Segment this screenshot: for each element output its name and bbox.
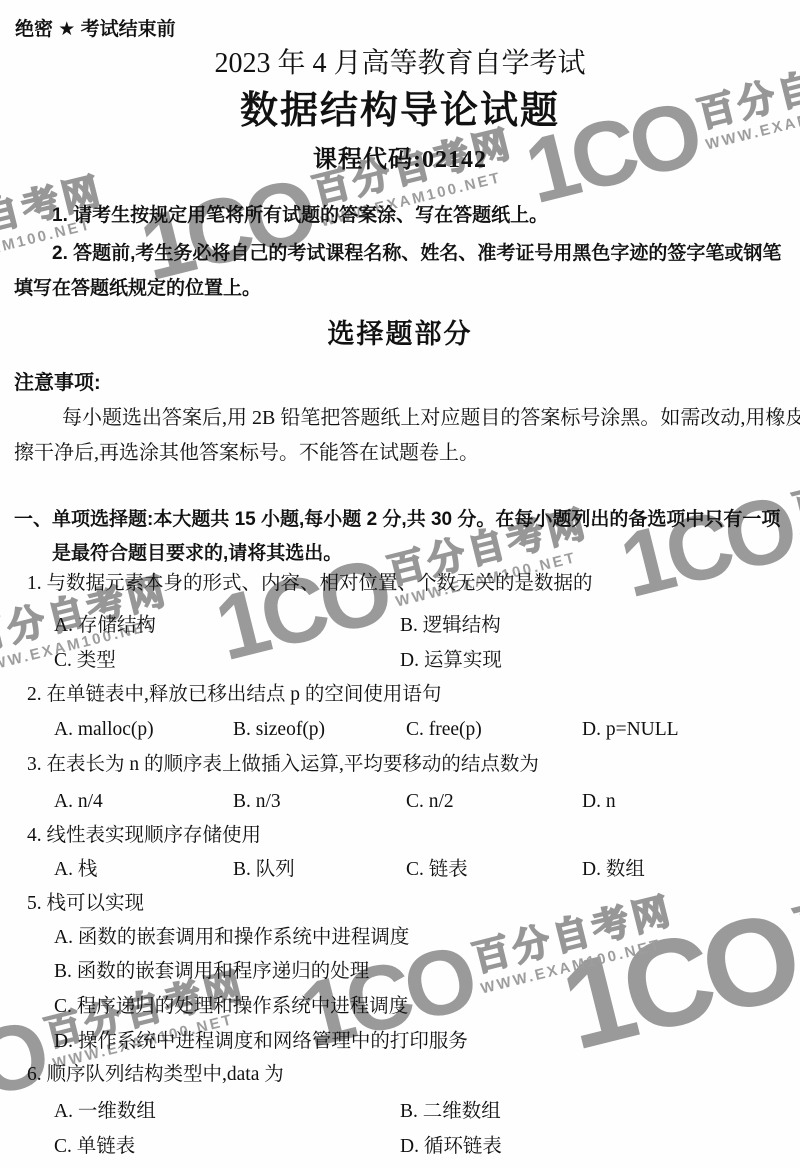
option-c: C. 类型 bbox=[54, 649, 400, 672]
notice-line-1: 每小题选出答案后,用 2B 铅笔把答题纸上对应题目的答案标号涂黑。如需改动,用橡… bbox=[0, 406, 800, 430]
option-d: D. 操作系统中进程调度和网络管理中的打印服务 bbox=[0, 1030, 800, 1053]
option-d: D. 循环链表 bbox=[400, 1135, 502, 1158]
question-4: 4. 线性表实现顺序存储使用 A. 栈 B. 队列 C. 链表 D. 数组 bbox=[0, 824, 800, 881]
options-row: A. 存储结构 B. 逻辑结构 bbox=[0, 614, 800, 637]
instruction-2: 2. 答题前,考生务必将自己的考试课程名称、姓名、准考证号用黑色字迹的签字笔或钢… bbox=[0, 242, 800, 266]
paper-title: 数据结构导论试题 bbox=[0, 93, 800, 129]
options-row: A. malloc(p) B. sizeof(p) C. free(p) D. … bbox=[0, 718, 800, 741]
question-5: 5. 栈可以实现 A. 函数的嵌套调用和操作系统中进程调度 B. 函数的嵌套调用… bbox=[0, 892, 800, 1053]
option-b: B. 逻辑结构 bbox=[400, 614, 501, 637]
option-a: A. malloc(p) bbox=[54, 718, 233, 741]
option-a: A. 函数的嵌套调用和操作系统中进程调度 bbox=[0, 926, 800, 949]
notice-title: 注意事项: bbox=[0, 370, 800, 397]
option-c: C. free(p) bbox=[406, 718, 582, 741]
exam-page: 1CO 百分自考网WWW.EXAM100.NET 1CO 百分自考网WWW.EX… bbox=[0, 0, 800, 1168]
option-a: A. 存储结构 bbox=[54, 614, 400, 637]
instruction-2-continued: 填写在答题纸规定的位置上。 bbox=[0, 277, 800, 301]
option-c: C. 程序递归的处理和操作系统中进程调度 bbox=[0, 995, 800, 1018]
options-row: C. 单链表 D. 循环链表 bbox=[0, 1135, 800, 1158]
part-one-heading: 一、单项选择题:本大题共 15 小题,每小题 2 分,共 30 分。在每小题列出… bbox=[0, 508, 800, 531]
option-c: C. n/2 bbox=[406, 790, 582, 813]
part-one-heading-continued: 是最符合题目要求的,请将其选出。 bbox=[0, 542, 800, 565]
option-c: C. 单链表 bbox=[54, 1135, 400, 1158]
question-6: 6. 顺序队列结构类型中,data 为 A. 一维数组 B. 二维数组 C. 单… bbox=[0, 1063, 800, 1158]
options-row: A. 栈 B. 队列 C. 链表 D. 数组 bbox=[0, 858, 800, 881]
question-3: 3. 在表长为 n 的顺序表上做插入运算,平均要移动的结点数为 A. n/4 B… bbox=[0, 753, 800, 813]
option-a: A. 栈 bbox=[54, 858, 233, 881]
section-heading: 选择题部分 bbox=[0, 315, 800, 353]
option-d: D. 数组 bbox=[582, 858, 645, 881]
options-row: C. 类型 D. 运算实现 bbox=[0, 649, 800, 672]
option-a: A. n/4 bbox=[54, 790, 233, 813]
option-d: D. p=NULL bbox=[582, 718, 679, 741]
question-text: 4. 线性表实现顺序存储使用 bbox=[0, 824, 800, 847]
option-b: B. 函数的嵌套调用和程序递归的处理 bbox=[0, 960, 800, 983]
exam-session-title: 2023 年 4 月高等教育自学考试 bbox=[0, 48, 800, 80]
option-b: B. 二维数组 bbox=[400, 1100, 501, 1123]
question-text: 5. 栈可以实现 bbox=[0, 892, 800, 915]
option-c: C. 链表 bbox=[406, 858, 582, 881]
options-row: A. n/4 B. n/3 C. n/2 D. n bbox=[0, 790, 800, 813]
option-d: D. n bbox=[582, 790, 616, 813]
question-2: 2. 在单链表中,释放已移出结点 p 的空间使用语句 A. malloc(p) … bbox=[0, 683, 800, 741]
option-d: D. 运算实现 bbox=[400, 649, 502, 672]
options-row: A. 一维数组 B. 二维数组 bbox=[0, 1100, 800, 1123]
option-b: B. n/3 bbox=[233, 790, 406, 813]
question-1: 1. 与数据元素本身的形式、内容、相对位置、个数无关的是数据的 A. 存储结构 … bbox=[0, 572, 800, 672]
question-text: 3. 在表长为 n 的顺序表上做插入运算,平均要移动的结点数为 bbox=[0, 753, 800, 776]
question-text: 2. 在单链表中,释放已移出结点 p 的空间使用语句 bbox=[0, 683, 800, 706]
question-text: 1. 与数据元素本身的形式、内容、相对位置、个数无关的是数据的 bbox=[0, 572, 800, 595]
option-b: B. 队列 bbox=[233, 858, 406, 881]
question-text: 6. 顺序队列结构类型中,data 为 bbox=[0, 1063, 800, 1086]
instruction-1: 1. 请考生按规定用笔将所有试题的答案涂、写在答题纸上。 bbox=[0, 204, 800, 228]
option-a: A. 一维数组 bbox=[54, 1100, 400, 1123]
document-content: 绝密 ★ 考试结束前 2023 年 4 月高等教育自学考试 数据结构导论试题 课… bbox=[0, 0, 800, 1158]
course-code: 课程代码:02142 bbox=[0, 146, 800, 174]
option-b: B. sizeof(p) bbox=[233, 718, 406, 741]
security-notice: 绝密 ★ 考试结束前 bbox=[0, 18, 800, 42]
notice-line-2: 擦干净后,再选涂其他答案标号。不能答在试题卷上。 bbox=[0, 441, 800, 465]
